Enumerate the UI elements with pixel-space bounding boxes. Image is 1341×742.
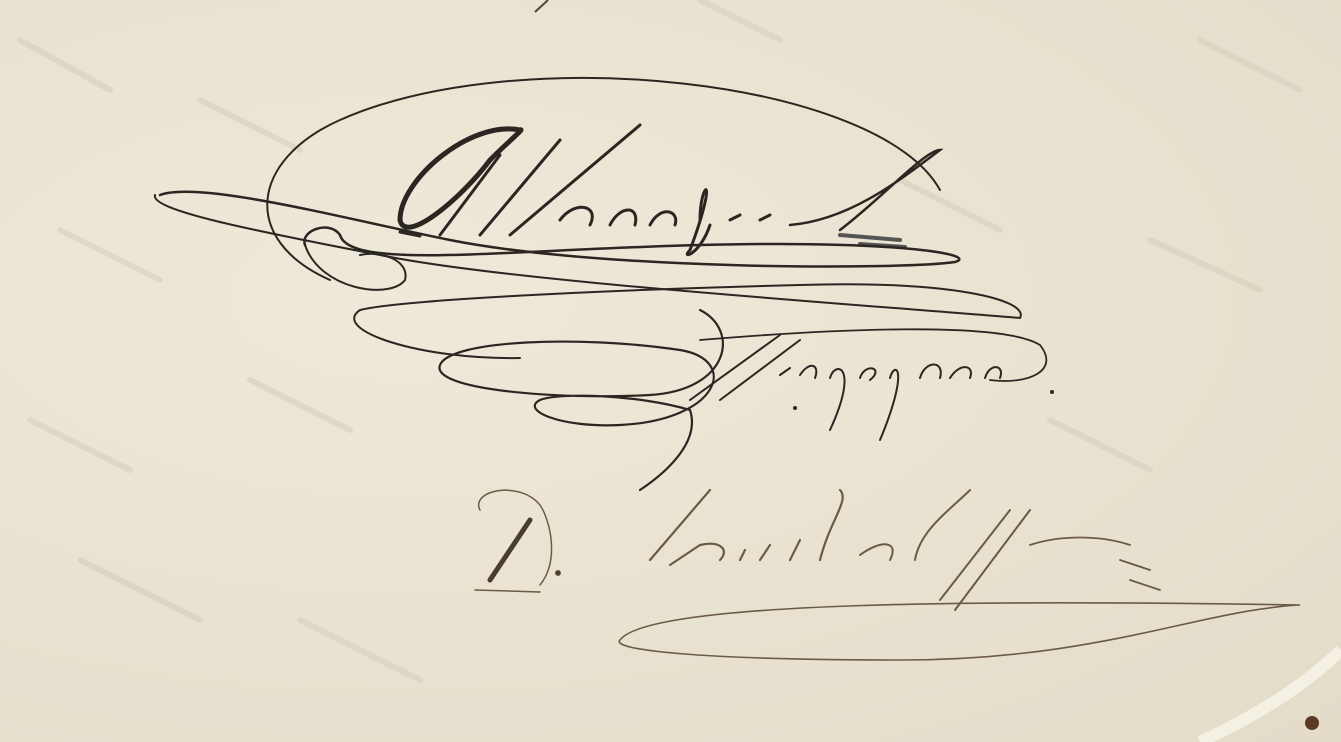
document-page: D. Marassi Ingegnere D. Hüindäffe <box>0 0 1341 742</box>
signature-second <box>0 0 1341 742</box>
